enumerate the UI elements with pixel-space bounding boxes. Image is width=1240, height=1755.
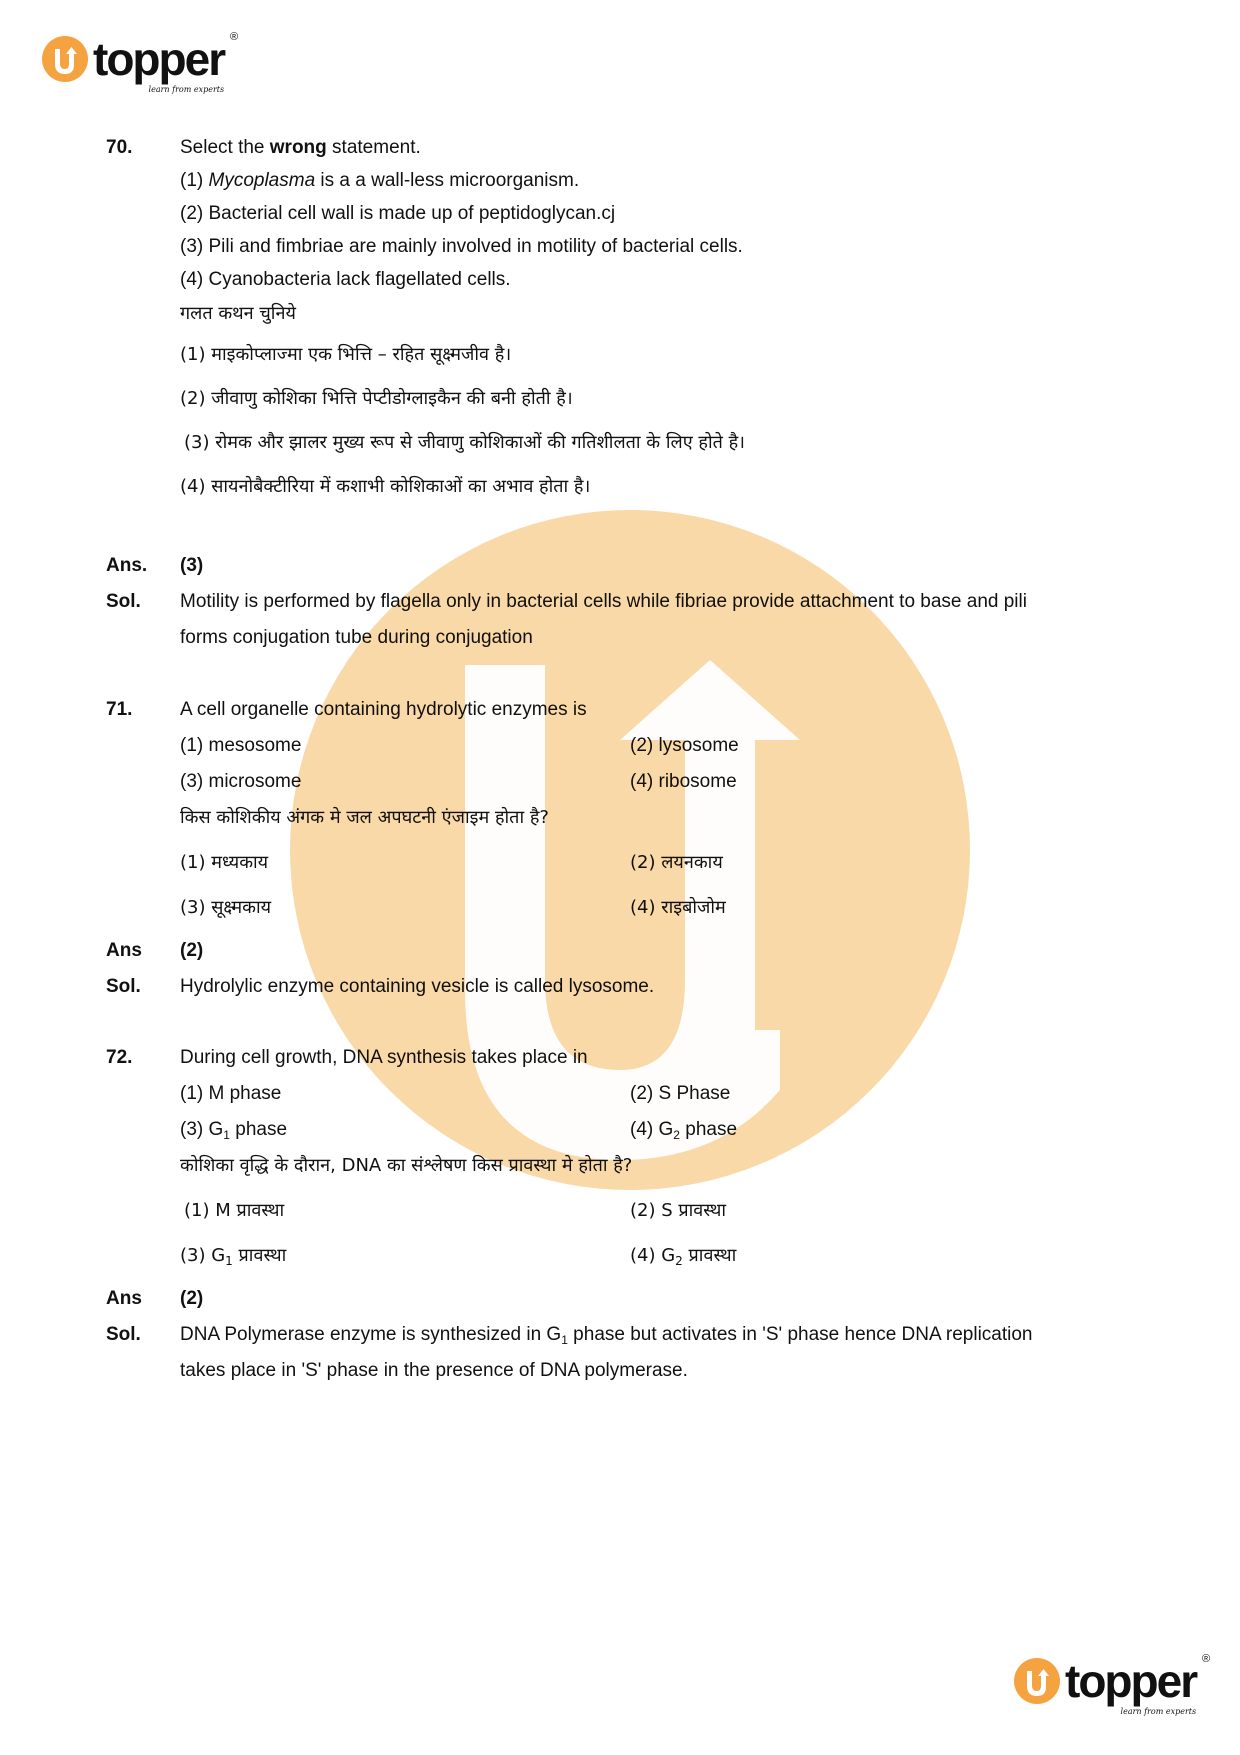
answer-value: (2): [180, 1287, 203, 1311]
option-en-3: (3) microsome: [180, 770, 301, 794]
question-number: 70.: [106, 136, 132, 160]
option-en-3: (3) Pili and fimbriae are mainly involve…: [180, 235, 743, 259]
topper-logo-icon: [1014, 1658, 1060, 1704]
option-hi-3: (3) G1 प्रावस्था: [180, 1244, 286, 1268]
document-page: topper ® learn from experts 70. Select t…: [0, 0, 1240, 1755]
option-hi-1: (1) मध्यकाय: [180, 851, 268, 875]
option-en-4: (4) Cyanobacteria lack flagellated cells…: [180, 268, 511, 292]
answer-label: Ans: [106, 939, 142, 963]
option-hi-2: (2) जीवाणु कोशिका भित्ति पेप्टीडोग्लाइकै…: [180, 387, 573, 411]
option-hi-1: (1) माइकोप्लाज्मा एक भित्ति – रहित सूक्ष…: [180, 343, 511, 367]
solution-label: Sol.: [106, 590, 141, 614]
question-stem: A cell organelle containing hydrolytic e…: [180, 698, 587, 722]
option-hi-2: (2) S प्रावस्था: [630, 1199, 726, 1223]
question-number: 72.: [106, 1046, 132, 1070]
option-hi-4: (4) राइबोजोम: [630, 896, 726, 920]
solution-label: Sol.: [106, 975, 141, 999]
solution-line: takes place in 'S' phase in the presence…: [180, 1359, 688, 1383]
option-en-3: (3) G1 phase: [180, 1118, 287, 1142]
option-en-4: (4) ribosome: [630, 770, 737, 794]
option-hi-3: (3) सूक्ष्मकाय: [180, 896, 271, 920]
topper-logo-icon: [42, 36, 88, 82]
option-en-2: (2) lysosome: [630, 734, 739, 758]
answer-value: (3): [180, 554, 203, 578]
brand-logo-top: topper ® learn from experts: [42, 36, 224, 82]
option-hi-4: (4) सायनोबैक्टीरिया में कशाभी कोशिकाओं क…: [180, 475, 590, 499]
option-hi-1: (1) M प्रावस्था: [184, 1199, 284, 1223]
option-en-1: (1) Mycoplasma is a a wall-less microorg…: [180, 169, 579, 193]
question-stem-hindi: गलत कथन चुनिये: [180, 302, 296, 326]
question-stem: During cell growth, DNA synthesis takes …: [180, 1046, 588, 1070]
solution-line: Motility is performed by flagella only i…: [180, 590, 1027, 614]
answer-value: (2): [180, 939, 203, 963]
option-hi-2: (2) लयनकाय: [630, 851, 723, 875]
solution-line: DNA Polymerase enzyme is synthesized in …: [180, 1323, 1033, 1347]
answer-label: Ans: [106, 1287, 142, 1311]
option-en-2: (2) S Phase: [630, 1082, 730, 1106]
option-en-2: (2) Bacterial cell wall is made up of pe…: [180, 202, 615, 226]
brand-wordmark: topper ® learn from experts: [1065, 1658, 1196, 1704]
answer-label: Ans.: [106, 554, 147, 578]
option-en-1: (1) M phase: [180, 1082, 281, 1106]
option-hi-4: (4) G2 प्रावस्था: [630, 1244, 736, 1268]
brand-wordmark: topper ® learn from experts: [93, 36, 224, 82]
question-stem: Select the wrong statement.: [180, 136, 421, 160]
solution-label: Sol.: [106, 1323, 141, 1347]
option-en-1: (1) mesosome: [180, 734, 301, 758]
solution-line: Hydrolylic enzyme containing vesicle is …: [180, 975, 654, 999]
question-stem-hindi: कोशिका वृद्धि के दौरान, DNA का संश्लेषण …: [180, 1154, 632, 1178]
brand-logo-bottom: topper ® learn from experts: [1014, 1658, 1196, 1704]
option-hi-3: (3) रोमक और झालर मुख्य रूप से जीवाणु कोश…: [184, 431, 745, 455]
question-stem-hindi: किस कोशिकीय अंगक मे जल अपघटनी एंजाइम होत…: [180, 806, 549, 830]
question-number: 71.: [106, 698, 132, 722]
solution-line: forms conjugation tube during conjugatio…: [180, 626, 533, 650]
option-en-4: (4) G2 phase: [630, 1118, 737, 1142]
